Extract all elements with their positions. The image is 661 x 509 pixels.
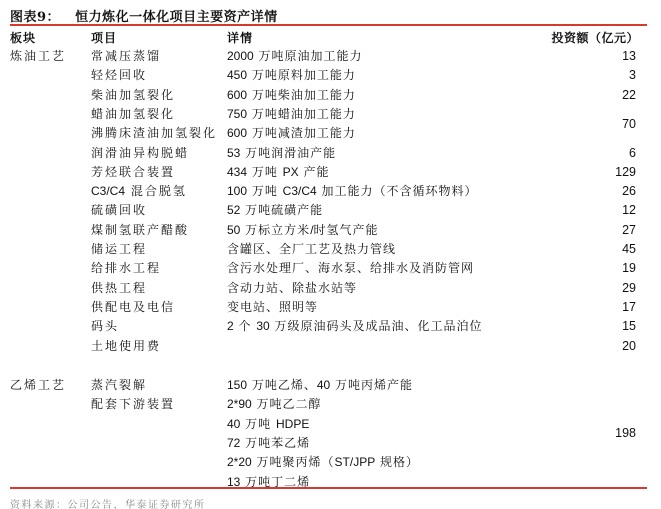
amount-cell: 3 [629,66,636,85]
table-row: 储运工程含罐区、全厂工艺及热力管线45 [0,240,661,259]
detail-cell: 100 万吨 C3/C4 加工能力（不含循环物料） [227,182,478,201]
detail-cell: 2000 万吨原油加工能力 [227,47,363,66]
table-row: 配套下游装置2*90 万吨乙二醇 [0,395,661,414]
detail-cell: 53 万吨润滑油产能 [227,144,336,163]
amount-cell: 45 [622,240,636,259]
source-note: 资料来源：公司公告，华泰证券研究所 [10,496,206,509]
detail-cell: 变电站、照明等 [227,298,318,317]
header-segment: 板块 [10,29,36,46]
table-row: 煤制氢联产醋酸50 万标立方米/时氢气产能27 [0,221,661,240]
detail-cell: 2 个 30 万级原油码头及成品油、化工品泊位 [227,317,483,336]
table-row: 乙烯工艺蒸汽裂解150 万吨乙烯、40 万吨丙烯产能 [0,376,661,395]
detail-cell: 含污水处理厂、海水泵、给排水及消防管网 [227,259,474,278]
detail-cell: 434 万吨 PX 产能 [227,163,330,182]
item-cell: 润滑油异构脱蜡 [91,144,189,163]
item-cell: 码头 [91,317,119,336]
figure-title: 图表9： 恒力炼化一体化项目主要资产详情 [10,6,278,25]
table-row: 柴油加氢裂化600 万吨柴油加工能力22 [0,86,661,105]
header-item: 项目 [91,29,117,46]
table-row: 芳烃联合装置434 万吨 PX 产能129 [0,163,661,182]
amount-cell: 12 [622,201,636,220]
table-row: 硫磺回收52 万吨硫磺产能12 [0,201,661,220]
item-cell: 轻烃回收 [91,66,147,85]
item-cell: 常减压蒸馏 [91,47,161,66]
detail-cell: 2*20 万吨聚丙烯（ST/JPP 规格） [227,453,419,472]
table-row: 给排水工程含污水处理厂、海水泵、给排水及消防管网19 [0,259,661,278]
item-cell: 供热工程 [91,279,147,298]
amount-cell: 22 [622,86,636,105]
table-row: 供热工程含动力站、除盐水站等29 [0,279,661,298]
segment-cell: 炼油工艺 [10,47,66,66]
item-cell: 芳烃联合装置 [91,163,175,182]
amount-cell: 13 [622,47,636,66]
detail-cell: 2*90 万吨乙二醇 [227,395,322,414]
item-cell: 供配电及电信 [91,298,175,317]
detail-cell: 52 万吨硫磺产能 [227,201,323,220]
amount-cell: 129 [615,163,636,182]
amount-cell: 17 [622,298,636,317]
merged-amount-row: 198 [0,424,661,443]
table-row: 轻烃回收450 万吨原料加工能力3 [0,66,661,85]
item-cell: 土地使用费 [91,337,161,356]
table-row: 土地使用费20 [0,337,661,356]
detail-cell: 含罐区、全厂工艺及热力管线 [227,240,396,259]
amount-cell: 19 [622,259,636,278]
merged-amount-cell: 198 [615,424,636,443]
header-detail: 详情 [227,29,253,46]
detail-cell: 150 万吨乙烯、40 万吨丙烯产能 [227,376,413,395]
detail-cell: 含动力站、除盐水站等 [227,279,357,298]
figure-label: 图表9： [10,10,60,25]
header-investment: 投资额（亿元） [551,29,639,46]
table-row: 供配电及电信变电站、照明等17 [0,298,661,317]
amount-cell: 27 [622,221,636,240]
item-cell: 给排水工程 [91,259,161,278]
table-row: 码头2 个 30 万级原油码头及成品油、化工品泊位15 [0,317,661,336]
item-cell: 柴油加氢裂化 [91,86,175,105]
table-row: 2*20 万吨聚丙烯（ST/JPP 规格） [0,453,661,472]
item-cell: C3/C4 混合脱氢 [91,182,187,201]
table-row: C3/C4 混合脱氢100 万吨 C3/C4 加工能力（不含循环物料）26 [0,182,661,201]
amount-cell: 15 [622,317,636,336]
amount-cell: 20 [622,337,636,356]
detail-cell: 600 万吨柴油加工能力 [227,86,356,105]
table-row: 炼油工艺常减压蒸馏2000 万吨原油加工能力13 [0,47,661,66]
figure-title-text: 恒力炼化一体化项目主要资产详情 [75,10,278,25]
merged-amount-cell: 70 [622,115,636,134]
table-row: 润滑油异构脱蜡53 万吨润滑油产能6 [0,144,661,163]
detail-cell: 450 万吨原料加工能力 [227,66,356,85]
amount-cell: 29 [622,279,636,298]
item-cell: 储运工程 [91,240,147,259]
item-cell: 煤制氢联产醋酸 [91,221,189,240]
amount-cell: 26 [622,182,636,201]
amount-cell: 6 [629,144,636,163]
item-cell: 蒸汽裂解 [91,376,147,395]
segment-cell: 乙烯工艺 [10,376,66,395]
item-cell: 配套下游装置 [91,395,175,414]
item-cell: 硫磺回收 [91,201,147,220]
bottom-rule [10,487,647,489]
top-rule [10,24,647,26]
merged-amount-row: 70 [0,115,661,134]
detail-cell: 50 万标立方米/时氢气产能 [227,221,379,240]
